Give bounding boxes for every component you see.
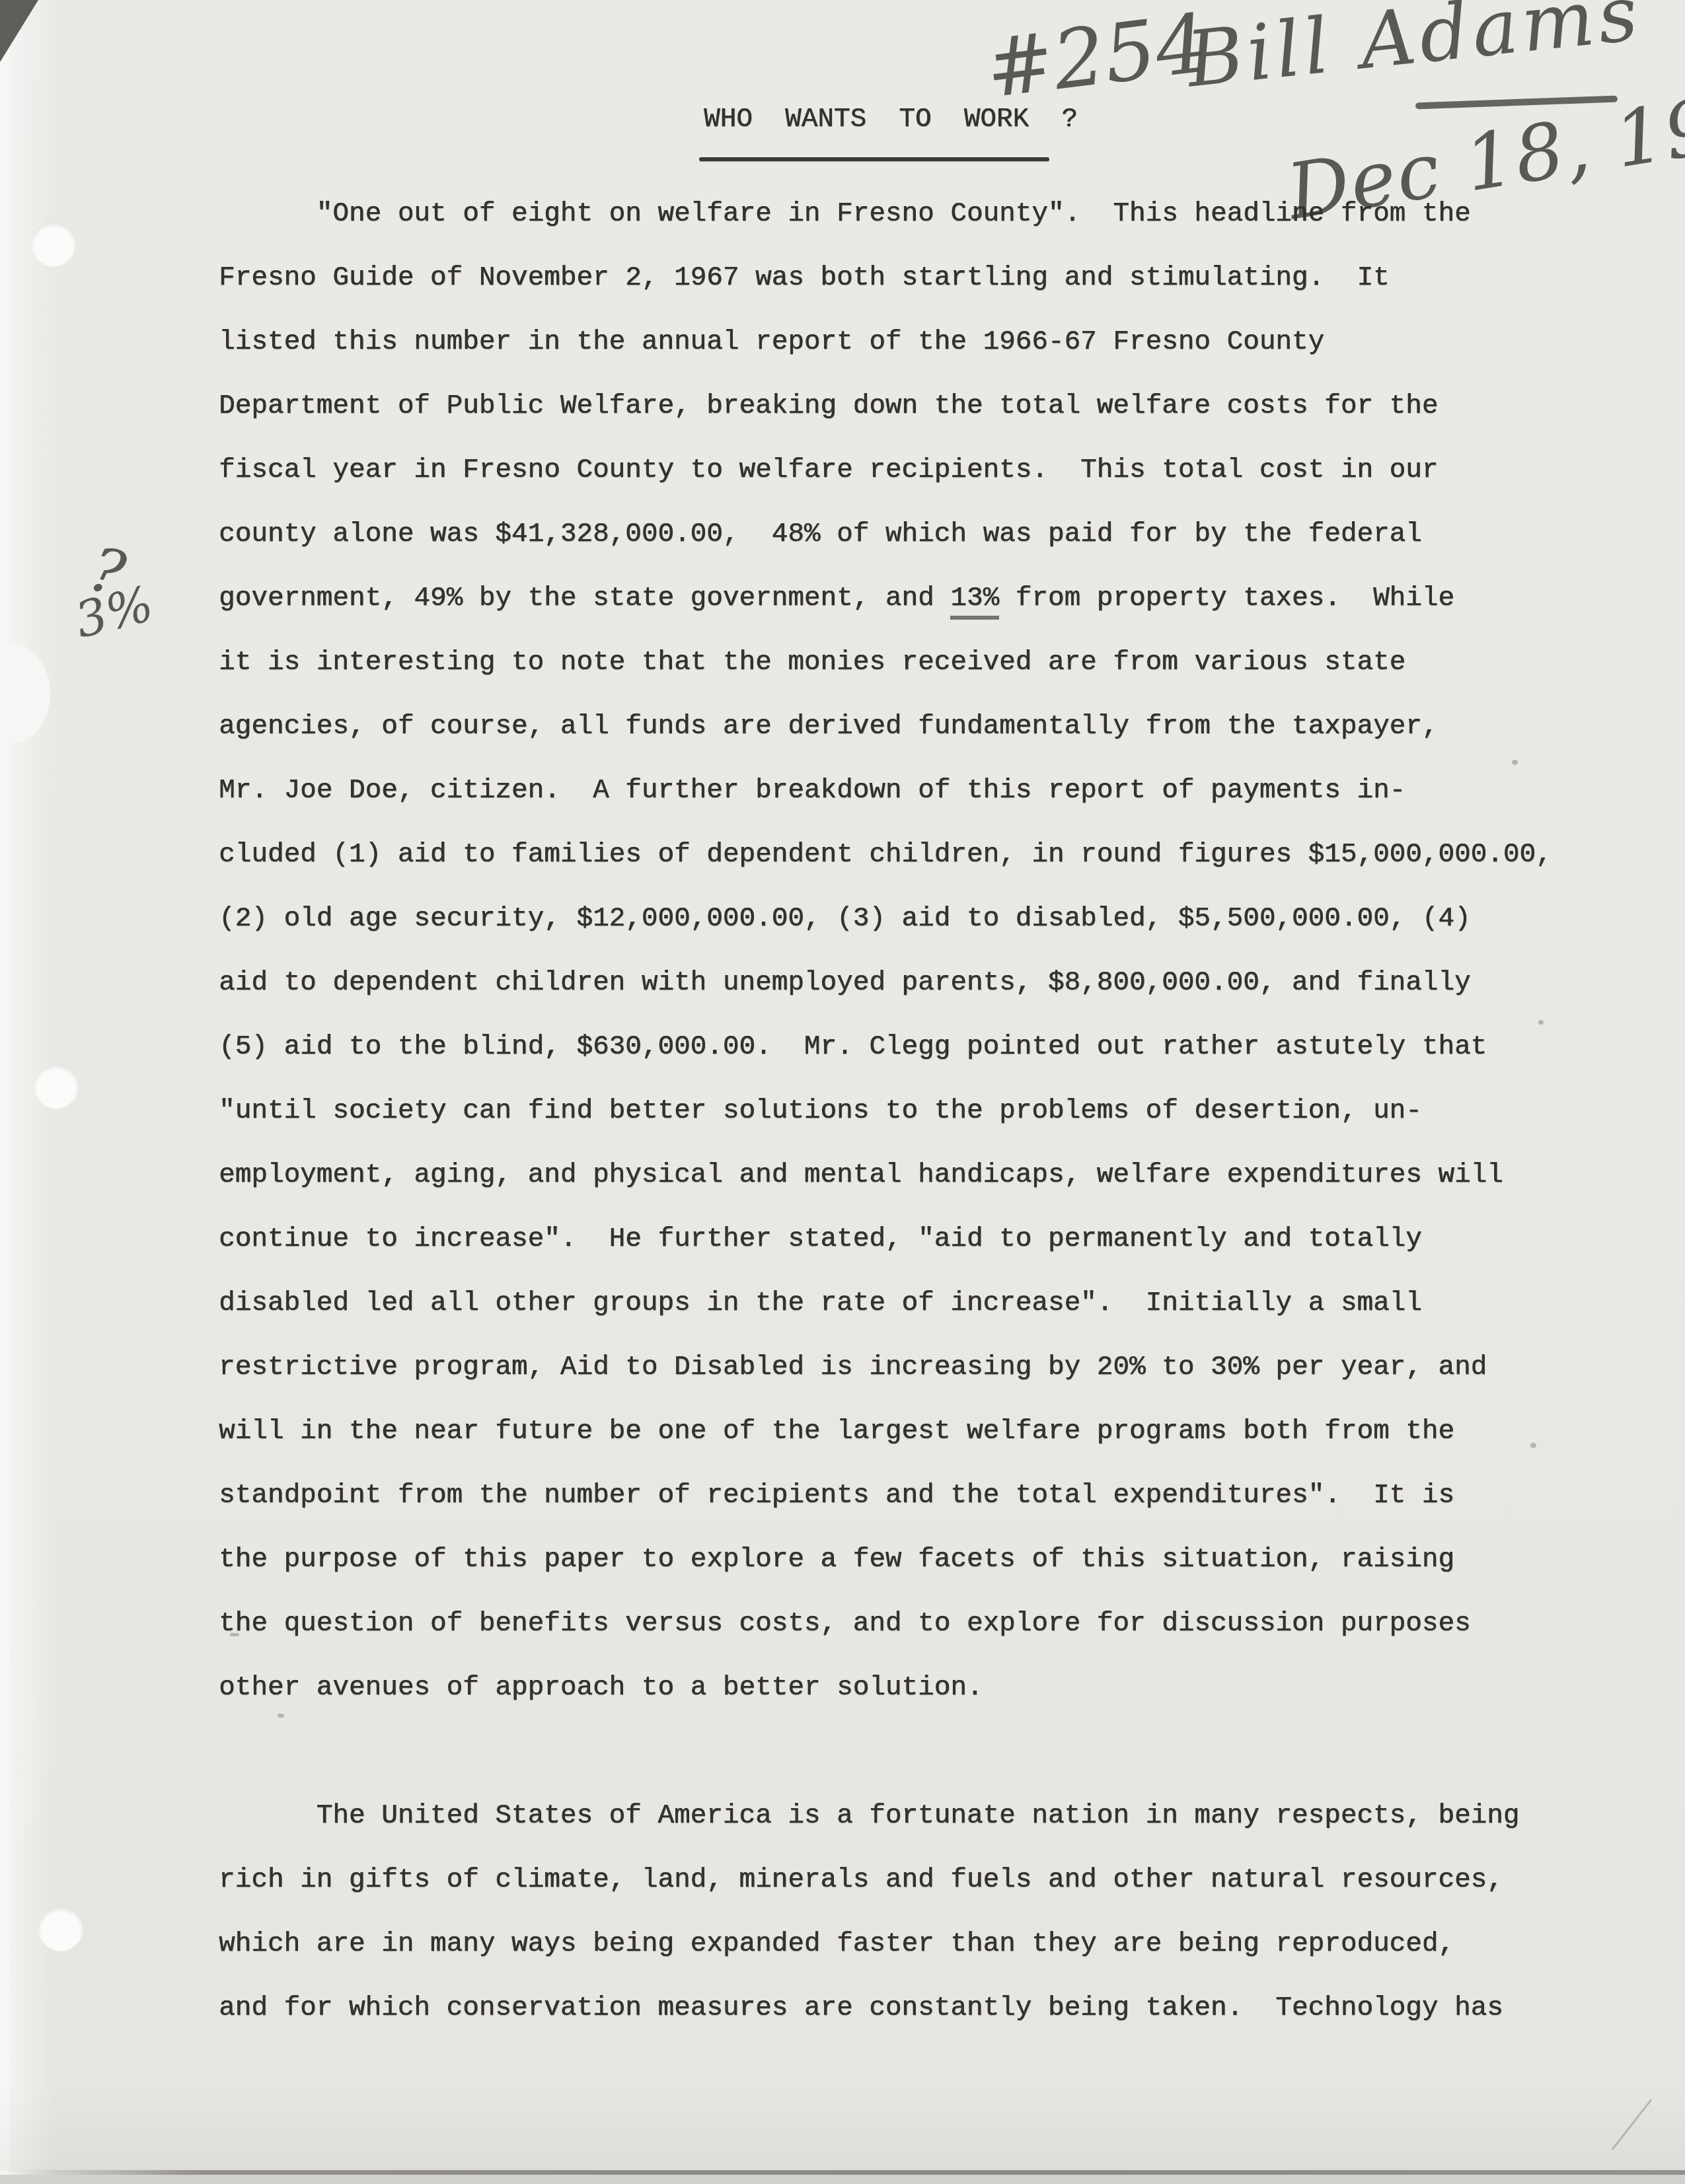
paper-speck	[278, 1714, 284, 1718]
paper-speck	[1512, 760, 1518, 765]
typed-line: disabled led all other groups in the rat…	[219, 1272, 1552, 1336]
typed-line: other avenues of approach to a better so…	[219, 1656, 1552, 1720]
handwritten-signature: Bill Adams	[1183, 0, 1645, 105]
typed-line: rich in gifts of climate, land, minerals…	[219, 1848, 1552, 1912]
typed-line: (5) aid to the blind, $630,000.00. Mr. C…	[219, 1015, 1552, 1079]
punch-hole	[38, 1907, 83, 1951]
typed-line: The United States of America is a fortun…	[219, 1784, 1552, 1848]
typed-line: Mr. Joe Doe, citizen. A further breakdow…	[219, 759, 1552, 823]
bottom-shadow	[0, 2086, 1685, 2171]
typed-line: employment, aging, and physical and ment…	[219, 1144, 1552, 1208]
paragraph-gap	[219, 1720, 1552, 1784]
typed-line: "until society can find better solutions…	[219, 1079, 1552, 1144]
typed-line: Fresno Guide of November 2, 1967 was bot…	[219, 246, 1552, 310]
margin-percent-note: 3%	[69, 575, 159, 649]
typed-line: aid to dependent children with unemploye…	[219, 951, 1552, 1015]
typed-line: standpoint from the number of recipients…	[219, 1464, 1552, 1528]
typed-line: government, 49% by the state government,…	[219, 567, 1552, 631]
typed-line: "One out of eight on welfare in Fresno C…	[219, 182, 1552, 246]
typed-line: listed this number in the annual report …	[219, 310, 1552, 375]
typed-line: which are in many ways being expanded fa…	[219, 1912, 1552, 1977]
typed-line: the purpose of this paper to explore a f…	[219, 1528, 1552, 1592]
page-bottom-edge	[0, 2170, 1685, 2175]
typed-line: and for which conservation measures are …	[219, 1977, 1552, 2041]
typed-line: the question of benefits versus costs, a…	[219, 1592, 1552, 1656]
typed-line: (2) old age security, $12,000,000.00, (3…	[219, 887, 1552, 951]
typed-line: it is interesting to note that the monie…	[219, 631, 1552, 695]
typed-line: county alone was $41,328,000.00, 48% of …	[219, 503, 1552, 567]
pencil-underlined-text: 13%	[950, 583, 999, 620]
typed-line: will in the near future be one of the la…	[219, 1400, 1552, 1464]
handwritten-number: #254	[981, 0, 1213, 116]
page-title: WHO WANTS TO WORK ?	[704, 104, 1078, 135]
paragraph-2: The United States of America is a fortun…	[219, 1784, 1552, 2041]
typed-line: cluded (1) aid to families of dependent …	[219, 823, 1552, 887]
scan-left-edge	[0, 0, 9, 2184]
paper-speck	[1530, 1443, 1536, 1448]
paragraph-1: "One out of eight on welfare in Fresno C…	[219, 182, 1552, 1720]
typed-line: continue to increase". He further stated…	[219, 1208, 1552, 1272]
punch-hole	[31, 222, 76, 267]
scanned-page: #254 Bill Adams Dec 18, 1967 ? 3% WHO WA…	[0, 0, 1685, 2184]
typed-body: "One out of eight on welfare in Fresno C…	[219, 182, 1552, 2041]
paper-speck	[1538, 1020, 1544, 1025]
typed-line: agencies, of course, all funds are deriv…	[219, 695, 1552, 759]
typed-line: Department of Public Welfare, breaking d…	[219, 375, 1552, 439]
title-underline	[699, 157, 1049, 161]
punch-hole	[34, 1064, 79, 1109]
paper-speck	[230, 1633, 239, 1636]
typed-line: fiscal year in Fresno County to welfare …	[219, 439, 1552, 503]
typed-line: restrictive program, Aid to Disabled is …	[219, 1336, 1552, 1400]
scanner-background-strip	[0, 2175, 1685, 2184]
